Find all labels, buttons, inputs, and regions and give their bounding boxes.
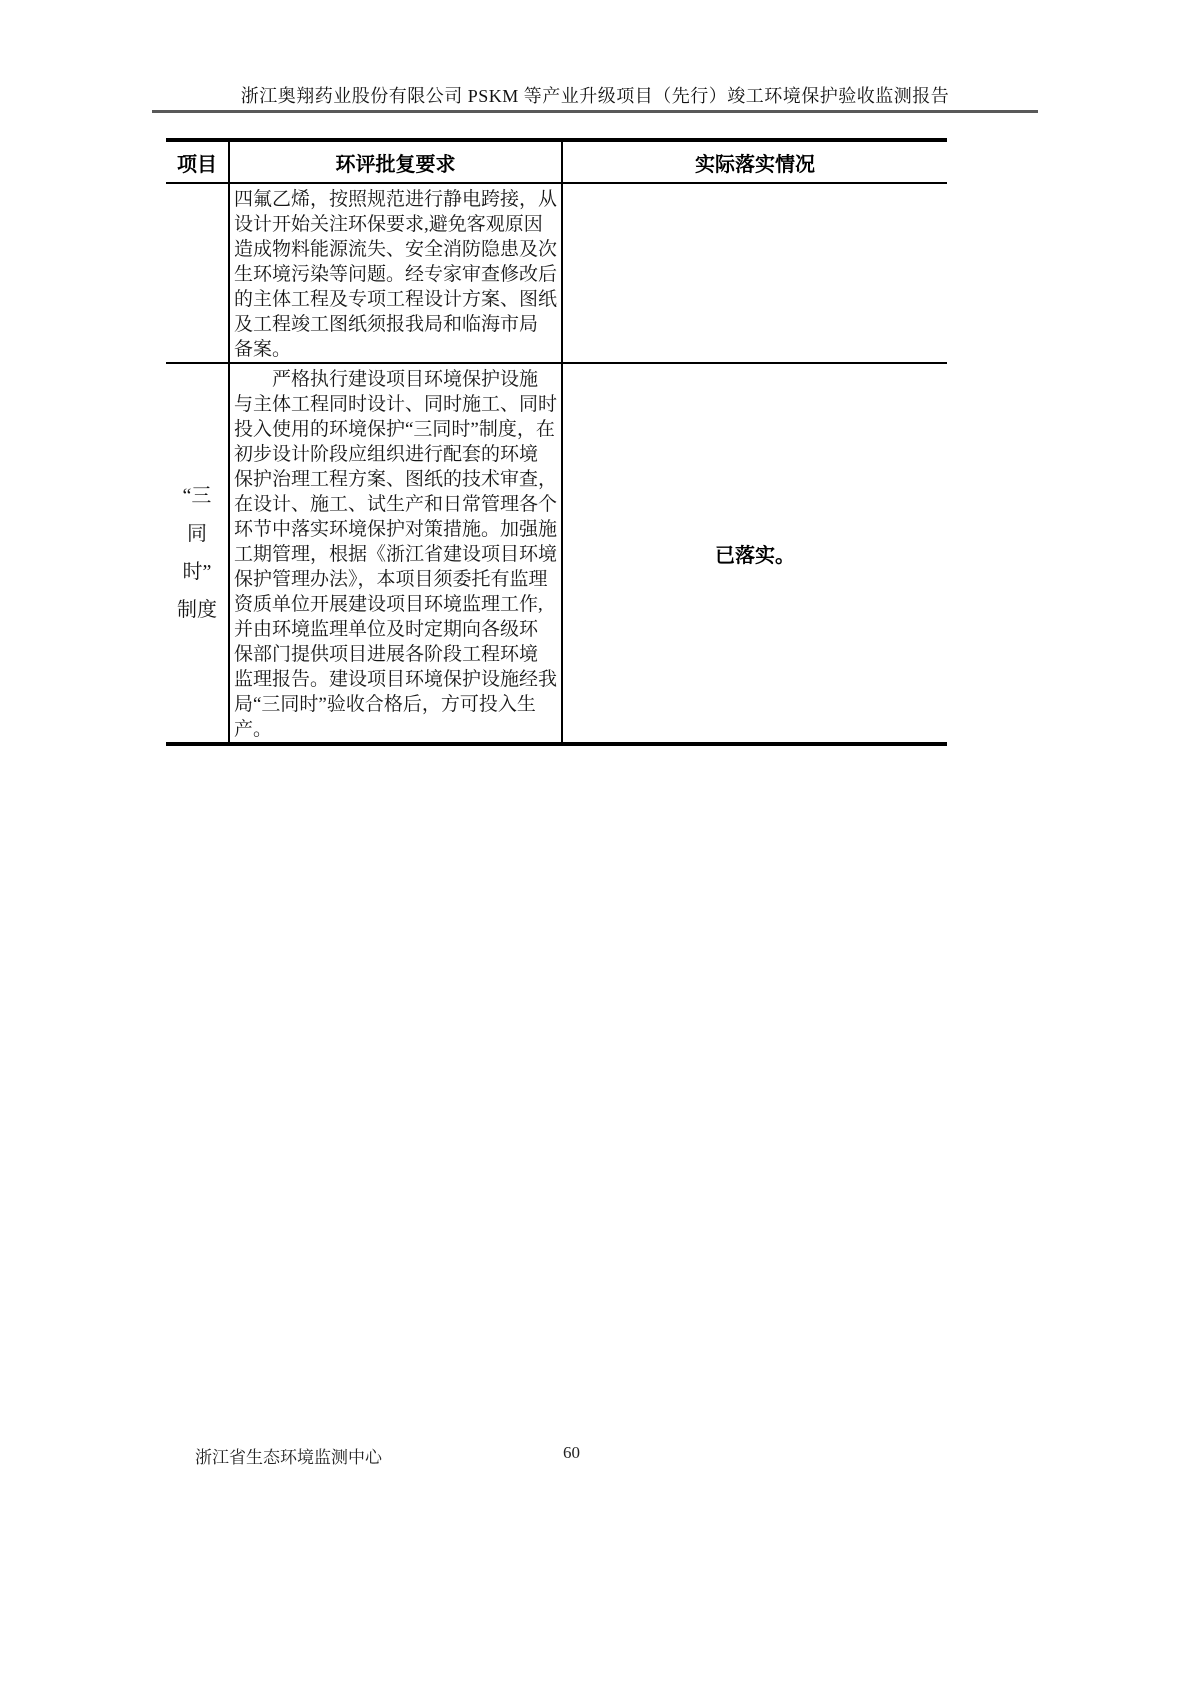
document-header-title: 浙江奥翔药业股份有限公司 PSKM 等产业升级项目（先行）竣工环境保护验收监测报… <box>0 82 1190 108</box>
requirement-cell: 四氟乙烯，按照规范进行静电跨接，从 设计开始关注环保要求,避免客观原因 造成物料… <box>230 184 563 362</box>
implementation-cell: 已落实。 <box>563 364 947 742</box>
eia-approval-table: 项目 环评批复要求 实际落实情况 四氟乙烯，按照规范进行静电跨接，从 设计开始关… <box>166 138 947 746</box>
table-row-three-simultaneities: “三 同 时” 制度 严格执行建设项目环境保护设施 与主体工程同时设计、同时施工… <box>166 364 947 742</box>
table-row-continuation: 四氟乙烯，按照规范进行静电跨接，从 设计开始关注环保要求,避免客观原因 造成物料… <box>166 184 947 364</box>
item-cell-three-simultaneities: “三 同 时” 制度 <box>166 364 230 742</box>
requirement-cell: 严格执行建设项目环境保护设施 与主体工程同时设计、同时施工、同时 投入使用的环境… <box>230 364 563 742</box>
table-header-row: 项目 环评批复要求 实际落实情况 <box>166 142 947 184</box>
page-number: 60 <box>563 1443 580 1463</box>
header-divider-rule <box>152 110 1038 113</box>
implementation-cell-empty <box>563 184 947 362</box>
item-cell-empty <box>166 184 230 362</box>
column-header-requirement: 环评批复要求 <box>230 142 563 182</box>
column-header-item: 项目 <box>166 142 230 182</box>
column-header-implementation: 实际落实情况 <box>563 142 947 182</box>
footer-organization: 浙江省生态环境监测中心 <box>195 1443 382 1468</box>
